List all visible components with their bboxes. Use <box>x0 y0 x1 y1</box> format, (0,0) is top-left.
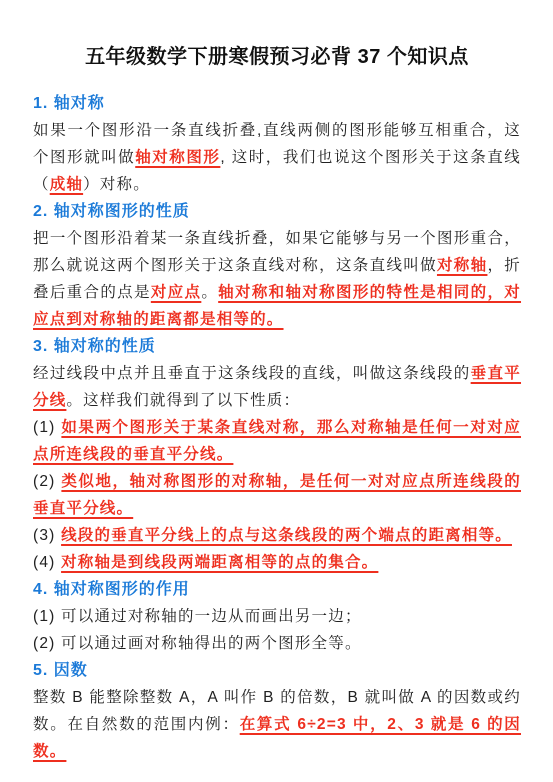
section-heading: 2. 轴对称图形的性质 <box>33 198 521 225</box>
paragraph: 如果一个图形沿一条直线折叠,直线两侧的图形能够互相重合，这个图形就叫做轴对称图形… <box>33 117 521 198</box>
highlight-text-run: 轴对称图形 <box>135 149 220 166</box>
section-heading: 3. 轴对称的性质 <box>33 333 521 360</box>
document-body: 1. 轴对称如果一个图形沿一条直线折叠,直线两侧的图形能够互相重合，这个图形就叫… <box>33 90 521 765</box>
worksheet-page: 五年级数学下册寒假预习必背 37 个知识点 1. 轴对称如果一个图形沿一条直线折… <box>0 0 553 782</box>
paragraph: 经过线段中点并且垂直于这条线段的直线，叫做这条线段的垂直平分线。这样我们就得到了… <box>33 360 521 414</box>
highlight-text-run: 类似地，轴对称图形的对称轴，是任何一对对应点所连线段的垂直平分线。 <box>33 473 521 517</box>
section-heading: 5. 因数 <box>33 657 521 684</box>
paragraph: (1) 如果两个图形关于某条直线对称，那么对称轴是任何一对对应点所连线段的垂直平… <box>33 414 521 468</box>
paragraph: (4) 对称轴是到线段两端距离相等的点的集合。 <box>33 549 521 576</box>
section-heading: 4. 轴对称图形的作用 <box>33 576 521 603</box>
highlight-text-run: 成轴 <box>50 176 83 193</box>
body-text-run: 经过线段中点并且垂直于这条线段的直线，叫做这条线段的 <box>33 365 471 382</box>
body-text-run: (3) <box>33 527 61 544</box>
body-text-run: (2) 可以通过画对称轴得出的两个图形全等。 <box>33 635 362 652</box>
paragraph: 整数 B 能整除整数 A，A 叫作 B 的倍数，B 就叫做 A 的因数或约数。在… <box>33 684 521 765</box>
body-text-run: (1) <box>33 419 61 436</box>
body-text-run: (2) <box>33 473 61 490</box>
highlight-text-run: 对称轴是到线段两端距离相等的点的集合。 <box>61 554 378 571</box>
paragraph: 把一个图形沿着某一条直线折叠，如果它能够与另一个图形重合，那么就说这两个图形关于… <box>33 225 521 333</box>
paragraph: (2) 类似地，轴对称图形的对称轴，是任何一对对应点所连线段的垂直平分线。 <box>33 468 521 522</box>
paragraph: (3) 线段的垂直平分线上的点与这条线段的两个端点的距离相等。 <box>33 522 521 549</box>
highlight-text-run: 对称轴 <box>437 257 488 274</box>
highlight-text-run: 线段的垂直平分线上的点与这条线段的两个端点的距离相等。 <box>61 527 512 544</box>
body-text-run: (1) 可以通过对称轴的一边从而画出另一边； <box>33 608 362 625</box>
section-heading: 1. 轴对称 <box>33 90 521 117</box>
body-text-run: (4) <box>33 554 61 571</box>
paragraph: (2) 可以通过画对称轴得出的两个图形全等。 <box>33 630 521 657</box>
body-text-run: 。这样我们就得到了以下性质： <box>66 392 300 409</box>
highlight-text-run: 对应点 <box>151 284 202 301</box>
paragraph: (1) 可以通过对称轴的一边从而画出另一边； <box>33 603 521 630</box>
body-text-run: ）对称。 <box>83 176 150 193</box>
body-text-run: 。 <box>201 284 218 301</box>
highlight-text-run: 如果两个图形关于某条直线对称，那么对称轴是任何一对对应点所连线段的垂直平分线。 <box>33 419 521 463</box>
page-title: 五年级数学下册寒假预习必背 37 个知识点 <box>33 42 521 72</box>
